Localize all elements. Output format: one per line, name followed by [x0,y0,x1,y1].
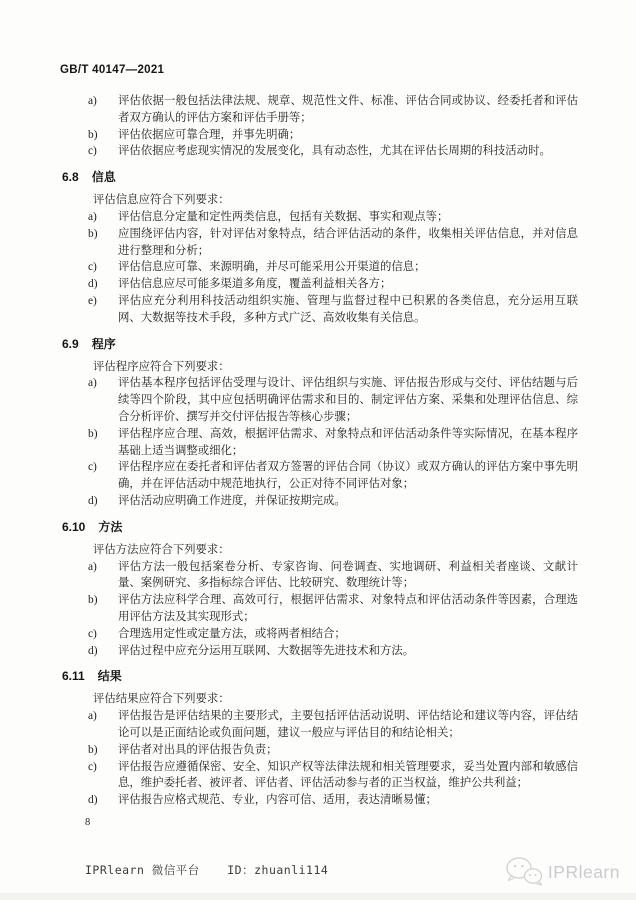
list-item: c) 评估依据应考虑现实情况的发展变化，具有动态性，尤其在评估长周期的科技活动时… [88,143,578,160]
section-title: 程序 [92,337,116,351]
item-text: 评估过程中应充分运用互联网、大数据等先进技术和方法。 [118,643,578,660]
item-text: 评估信息分定量和定性两类信息，包括有关数据、事实和观点等； [118,209,578,226]
document-page: GB/T 40147—2021 a) 评估依据一般包括法律法规、规章、规范性文件… [0,0,636,900]
section-intro: 评估程序应符合下列要求： [93,359,578,376]
item-text: 评估方法应科学合理、高效可行，根据评估需求、对象特点和评估活动条件等因素，合理选… [118,592,578,626]
section-number: 6.9 [62,337,79,351]
section-list: a) 评估报告是评估结果的主要形式，主要包括评估活动说明、评估结论和建议等内容，… [0,708,636,809]
item-letter: a) [88,209,118,226]
footer-platform-text: IPRlearn 微信平台 [85,863,200,877]
item-letter: b) [88,426,118,460]
section-heading: 6.11结果 [62,669,578,684]
watermark: IPRlearn [503,855,620,889]
section-heading: 6.8信息 [62,170,578,185]
list-item: a) 评估方法一般包括案卷分析、专家咨询、问卷调查、实地调研、利益相关者座谈、文… [88,559,578,593]
list-item: c) 评估程序应在委托者和评估者双方签署的评估合同（协议）或双方确认的评估方案中… [88,459,578,493]
item-text: 评估报告应格式规范、专业，内容可信、适用，表达清晰易懂； [118,792,578,809]
item-letter: b) [88,127,118,144]
item-text: 合理选用定性或定量方法，或将两者相结合； [118,626,578,643]
watermark-text: IPRlearn [548,862,620,883]
page-bottom-edge [0,893,636,900]
item-text: 评估依据应考虑现实情况的发展变化，具有动态性，尤其在评估长周期的科技活动时。 [118,143,578,160]
item-letter: c) [88,459,118,493]
section-procedure: 6.9程序 评估程序应符合下列要求： a) 评估基本程序包括评估受理与设计、评估… [0,337,636,510]
item-text: 评估依据一般包括法律法规、规章、规范性文件、标准、评估合同或协议、经委托者和评估… [118,93,578,127]
item-letter: b) [88,742,118,759]
section-number: 6.8 [62,170,79,184]
section-title: 方法 [98,520,122,534]
list-item: e) 评估应充分利用科技活动组织实施、管理与监督过程中已积累的各类信息，充分运用… [88,293,578,327]
list-item: c) 评估信息应可靠、来源明确，并尽可能采用公开渠道的信息； [88,259,578,276]
item-letter: d) [88,643,118,660]
section-title: 结果 [98,669,122,683]
list-item: b) 应围绕评估内容，针对评估对象特点，结合评估活动的条件，收集相关评估信息，并… [88,226,578,260]
item-text: 评估方法一般包括案卷分析、专家咨询、问卷调查、实地调研、利益相关者座谈、文献计量… [118,559,578,593]
list-item: d) 评估活动应明确工作进度，并保证按期完成。 [88,493,578,510]
list-item: a) 评估报告是评估结果的主要形式，主要包括评估活动说明、评估结论和建议等内容，… [88,708,578,742]
item-text: 评估应充分利用科技活动组织实施、管理与监督过程中已积累的各类信息，充分运用互联网… [118,293,578,327]
list-item: b) 评估者对出具的评估报告负责； [88,742,578,759]
list-item: c) 合理选用定性或定量方法，或将两者相结合； [88,626,578,643]
footer-id-text: ID：zhuanli114 [227,863,328,877]
item-text: 评估程序应合理、高效，根据评估需求、对象特点和评估活动条件等实际情况，在基本程序… [118,426,578,460]
standard-number: GB/T 40147—2021 [60,0,636,76]
list-item: a) 评估依据一般包括法律法规、规章、规范性文件、标准、评估合同或协议、经委托者… [88,93,578,127]
list-item: c) 评估报告应遵循保密、安全、知识产权等法律法规和相关管理要求，妥当处置内部和… [88,759,578,793]
list-item: a) 评估基本程序包括评估受理与设计、评估组织与实施、评估报告形成与交付、评估结… [88,375,578,425]
list-item: a) 评估信息分定量和定性两类信息，包括有关数据、事实和观点等； [88,209,578,226]
item-letter: c) [88,759,118,793]
section-title: 信息 [92,170,116,184]
item-text: 评估活动应明确工作进度，并保证按期完成。 [118,493,578,510]
item-letter: c) [88,259,118,276]
section-method: 6.10方法 评估方法应符合下列要求： a) 评估方法一般包括案卷分析、专家咨询… [0,520,636,660]
item-letter: c) [88,626,118,643]
section-information: 6.8信息 评估信息应符合下列要求： a) 评估信息分定量和定性两类信息，包括有… [0,170,636,326]
section-number: 6.11 [62,669,85,683]
list-item: d) 评估过程中应充分运用互联网、大数据等先进技术和方法。 [88,643,578,660]
section-list: a) 评估信息分定量和定性两类信息，包括有关数据、事实和观点等； b) 应围绕评… [0,209,636,327]
item-letter: a) [88,559,118,593]
list-item: b) 评估依据应可靠合理，并事先明确； [88,127,578,144]
list-item: d) 评估信息应尽可能多渠道多角度，覆盖利益相关各方； [88,276,578,293]
item-letter: d) [88,276,118,293]
footer-caption: IPRlearn 微信平台 ID：zhuanli114 [85,862,328,878]
list-item: b) 评估程序应合理、高效，根据评估需求、对象特点和评估活动条件等实际情况，在基… [88,426,578,460]
section-list: a) 评估基本程序包括评估受理与设计、评估组织与实施、评估报告形成与交付、评估结… [0,375,636,509]
item-letter: a) [88,375,118,425]
section-intro: 评估信息应符合下列要求： [93,192,578,209]
item-letter: d) [88,792,118,809]
section-list: a) 评估方法一般包括案卷分析、专家咨询、问卷调查、实地调研、利益相关者座谈、文… [0,559,636,660]
section-heading: 6.10方法 [62,520,578,535]
item-text: 评估程序应在委托者和评估者双方签署的评估合同（协议）或双方确认的评估方案中事先明… [118,459,578,493]
page-number: 8 [85,817,90,828]
section-result: 6.11结果 评估结果应符合下列要求： a) 评估报告是评估结果的主要形式，主要… [0,669,636,809]
section-heading: 6.9程序 [62,337,578,352]
item-letter: a) [88,708,118,742]
item-text: 评估基本程序包括评估受理与设计、评估组织与实施、评估报告形成与交付、评估结题与后… [118,375,578,425]
item-text: 评估信息应尽可能多渠道多角度，覆盖利益相关各方； [118,276,578,293]
item-letter: c) [88,143,118,160]
section-intro: 评估结果应符合下列要求： [93,691,578,708]
list-item: d) 评估报告应格式规范、专业，内容可信、适用，表达清晰易懂； [88,792,578,809]
item-text: 评估依据应可靠合理，并事先明确； [118,127,578,144]
item-letter: e) [88,293,118,327]
item-text: 评估报告是评估结果的主要形式，主要包括评估活动说明、评估结论和建议等内容，评估结… [118,708,578,742]
continuation-list: a) 评估依据一般包括法律法规、规章、规范性文件、标准、评估合同或协议、经委托者… [0,93,636,160]
section-intro: 评估方法应符合下列要求： [93,542,578,559]
item-letter: a) [88,93,118,127]
item-letter: b) [88,226,118,260]
item-text: 评估报告应遵循保密、安全、知识产权等法律法规和相关管理要求，妥当处置内部和敏感信… [118,759,578,793]
item-letter: b) [88,592,118,626]
item-text: 应围绕评估内容，针对评估对象特点，结合评估活动的条件，收集相关评估信息，并对信息… [118,226,578,260]
list-item: b) 评估方法应科学合理、高效可行，根据评估需求、对象特点和评估活动条件等因素，… [88,592,578,626]
item-text: 评估者对出具的评估报告负责； [118,742,578,759]
item-text: 评估信息应可靠、来源明确，并尽可能采用公开渠道的信息； [118,259,578,276]
item-letter: d) [88,493,118,510]
wechat-bubbles-icon [503,855,545,889]
section-number: 6.10 [62,520,85,534]
